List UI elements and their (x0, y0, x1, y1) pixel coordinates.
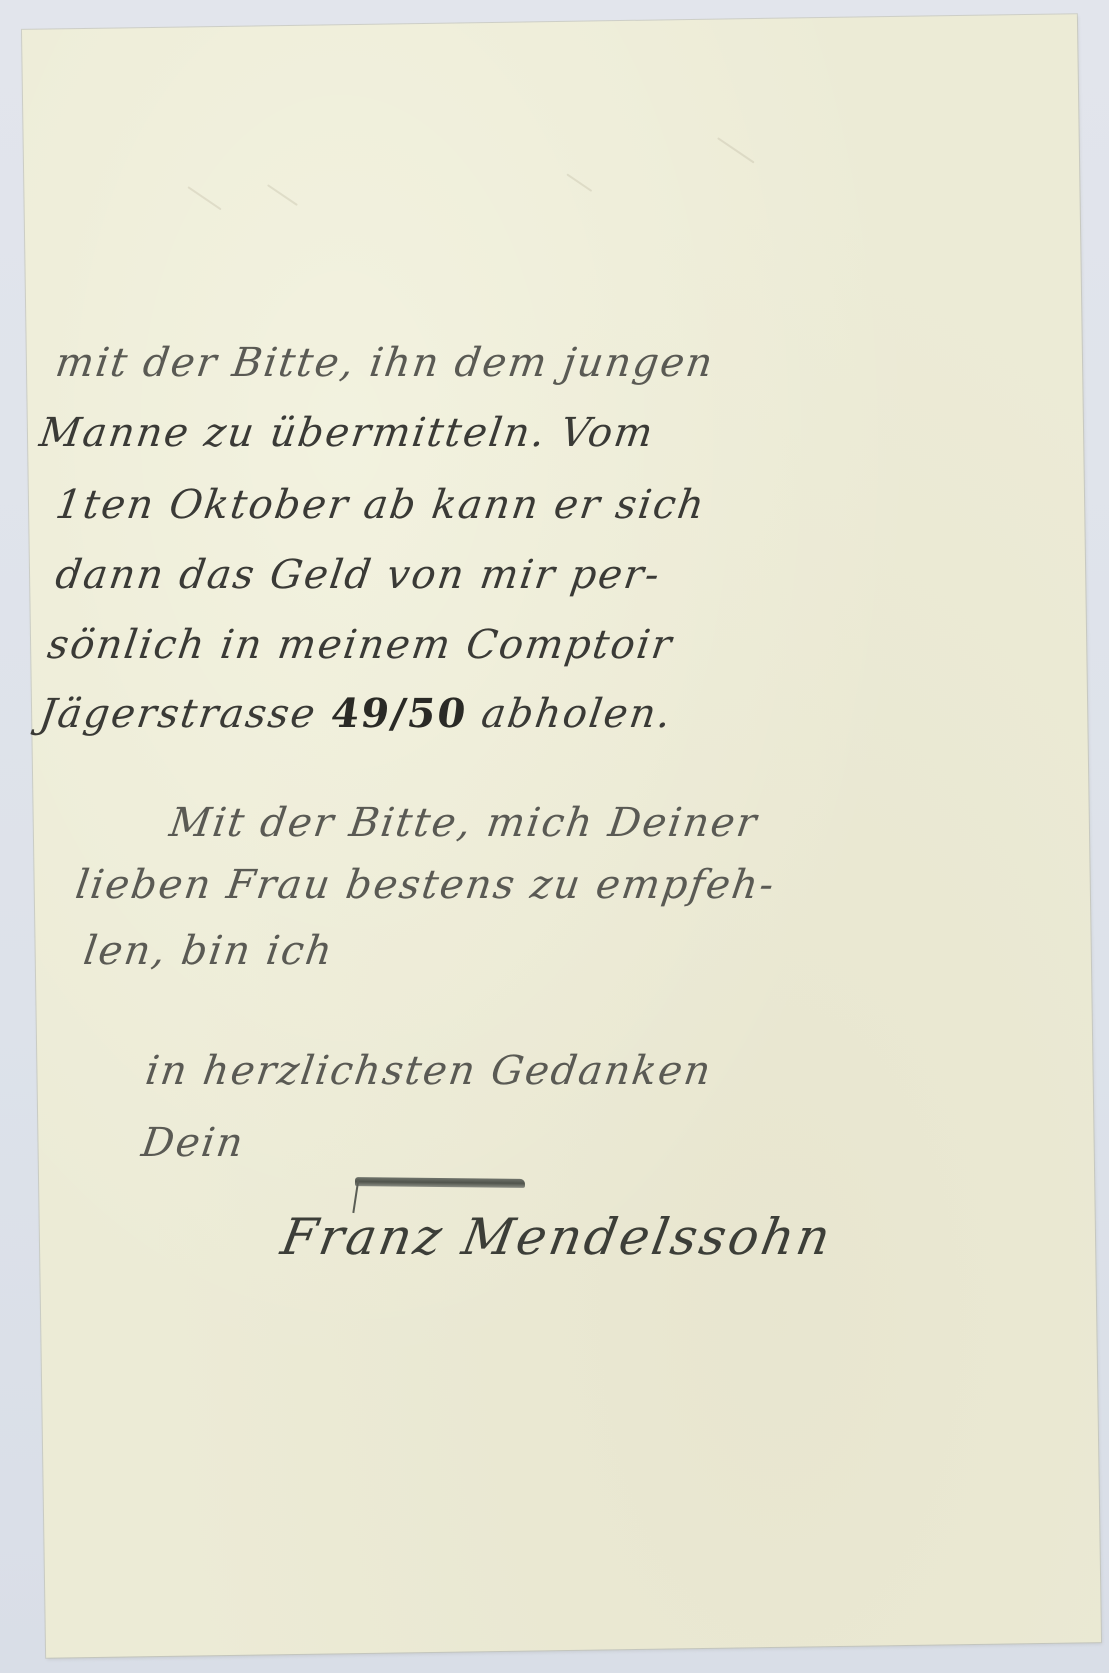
signature-flourish (355, 1177, 525, 1188)
letter-line-1: mit der Bitte, ihn dem jungen (53, 340, 717, 386)
street-name: Jägerstrasse (37, 691, 320, 737)
closing-line-2: lieben Frau bestens zu empfeh- (73, 862, 779, 908)
letter-line-2: Manne zu übermitteln. Vom (37, 410, 658, 456)
ink-offset-mark (187, 186, 221, 210)
signature: Franz Mendelssohn (277, 1208, 837, 1266)
letter-line-3: 1ten Oktober ab kann er sich (53, 482, 709, 528)
ink-offset-mark (717, 137, 755, 163)
address-number: 49/50 (328, 690, 471, 737)
letter-line-6: Jägerstrasse 49/50 abholen. (37, 690, 676, 737)
line-6-end: abholen. (479, 691, 676, 737)
closing-line-1: Mit der Bitte, mich Deiner (167, 800, 761, 846)
salutation-line-2: Dein (139, 1120, 248, 1166)
letter-line-4: dann das Geld von mir per- (53, 552, 664, 598)
salutation-line-1: in herzlichsten Gedanken (143, 1048, 715, 1094)
ink-offset-mark (267, 184, 298, 206)
letter-line-5: sönlich in meinem Comptoir (45, 622, 676, 668)
ink-offset-mark (566, 173, 592, 191)
closing-line-3: len, bin ich (81, 928, 337, 974)
